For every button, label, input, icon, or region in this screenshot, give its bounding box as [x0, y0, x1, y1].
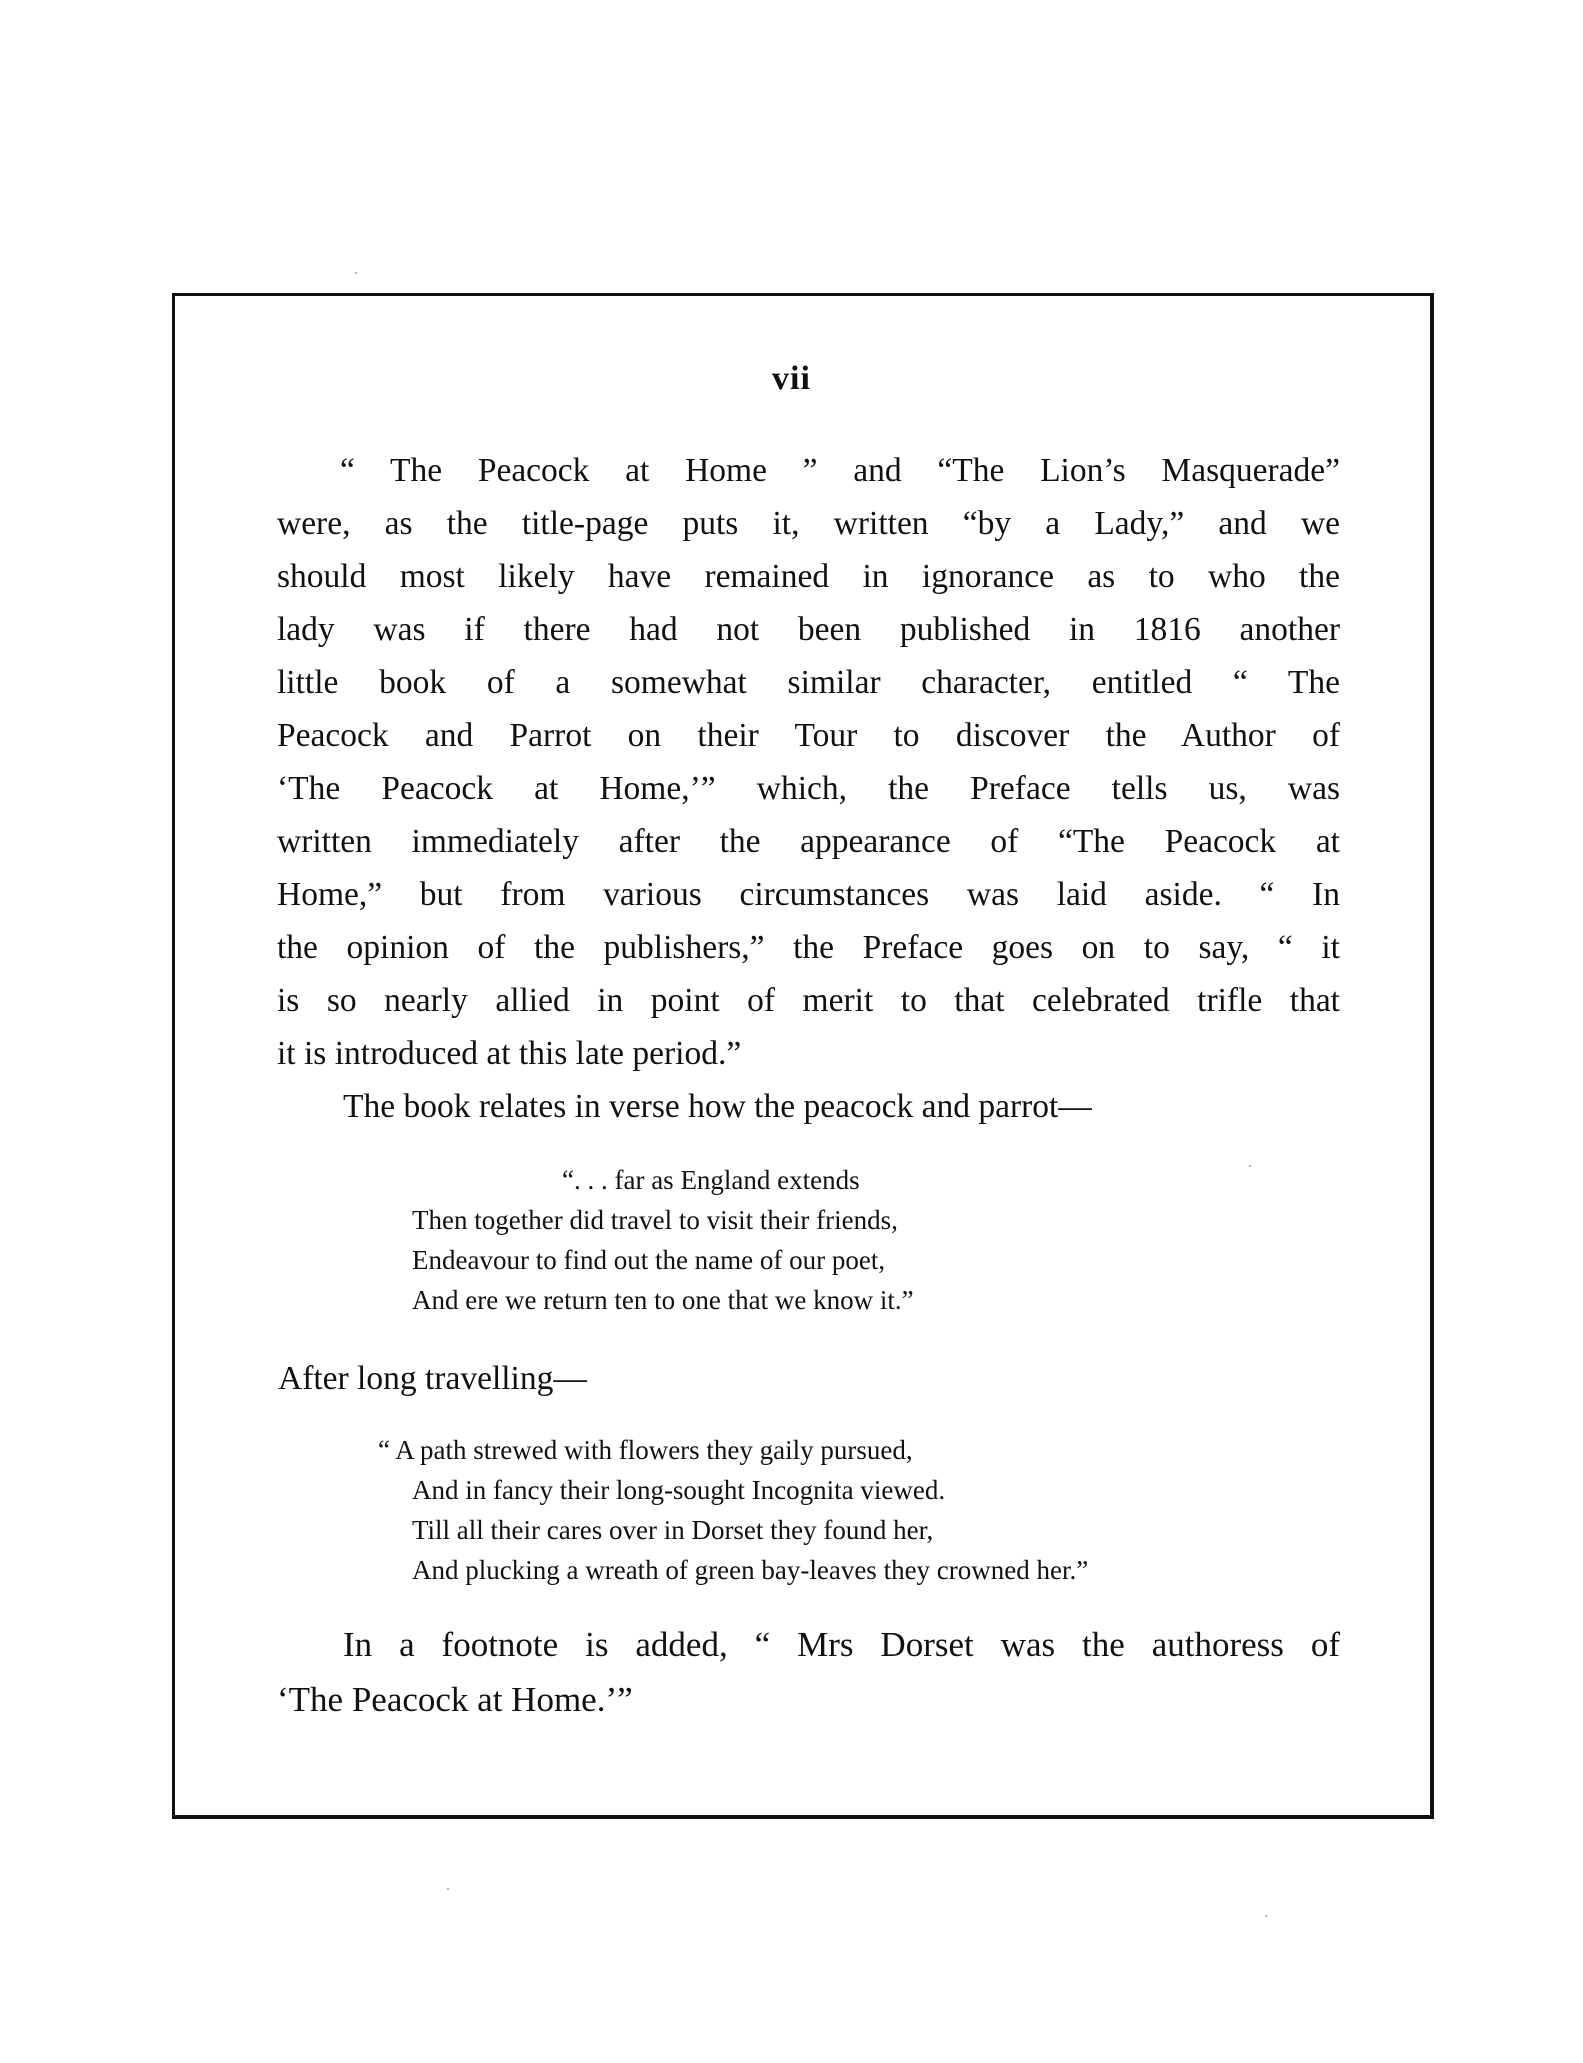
scan-speck	[1249, 1165, 1251, 1167]
text-line: Peacock and Parrot on their Tour to disc…	[277, 709, 1340, 762]
paragraph-3: After long travelling—	[278, 1352, 587, 1405]
verse-line: And ere we return ten to one that we kno…	[412, 1280, 914, 1320]
text-line: Home,” but from various circumstances wa…	[277, 868, 1340, 921]
paragraph-2: The book relates in verse how the peacoc…	[343, 1080, 1092, 1133]
verse-line: And plucking a wreath of green bay-leave…	[412, 1550, 1088, 1590]
text-line: the opinion of the publishers,” the Pref…	[277, 921, 1340, 974]
text-line: is so nearly allied in point of merit to…	[277, 974, 1340, 1027]
text-line: should most likely have remained in igno…	[277, 550, 1340, 603]
verse-line: Endeavour to find out the name of our po…	[412, 1240, 885, 1280]
text-line: written immediately after the appearance…	[277, 815, 1340, 868]
text-line: lady was if there had not been published…	[277, 603, 1340, 656]
text-line: it is introduced at this late period.”	[277, 1027, 1340, 1080]
verse-line: Till all their cares over in Dorset they…	[412, 1510, 933, 1550]
scan-speck	[1265, 1915, 1267, 1917]
text-line: ‘The Peacock at Home,’” which, the Prefa…	[277, 762, 1340, 815]
text-line: were, as the title-page puts it, written…	[277, 497, 1340, 550]
text-line: little book of a somewhat similar charac…	[277, 656, 1340, 709]
text-line: In a footnote is added, “ Mrs Dorset was…	[343, 1618, 1340, 1671]
text-line: “ The Peacock at Home ” and “The Lion’s …	[340, 444, 1340, 497]
verse-line: And in fancy their long-sought Incognita…	[412, 1470, 945, 1510]
page-number: vii	[0, 360, 1583, 398]
scan-speck	[447, 1888, 449, 1890]
scan-speck	[355, 272, 357, 274]
verse-line: Then together did travel to visit their …	[412, 1200, 898, 1240]
verse-line: “. . . far as England extends	[562, 1160, 860, 1200]
verse-line: “ A path strewed with flowers they gaily…	[378, 1430, 913, 1470]
text-line: ‘The Peacock at Home.’”	[277, 1673, 1340, 1726]
